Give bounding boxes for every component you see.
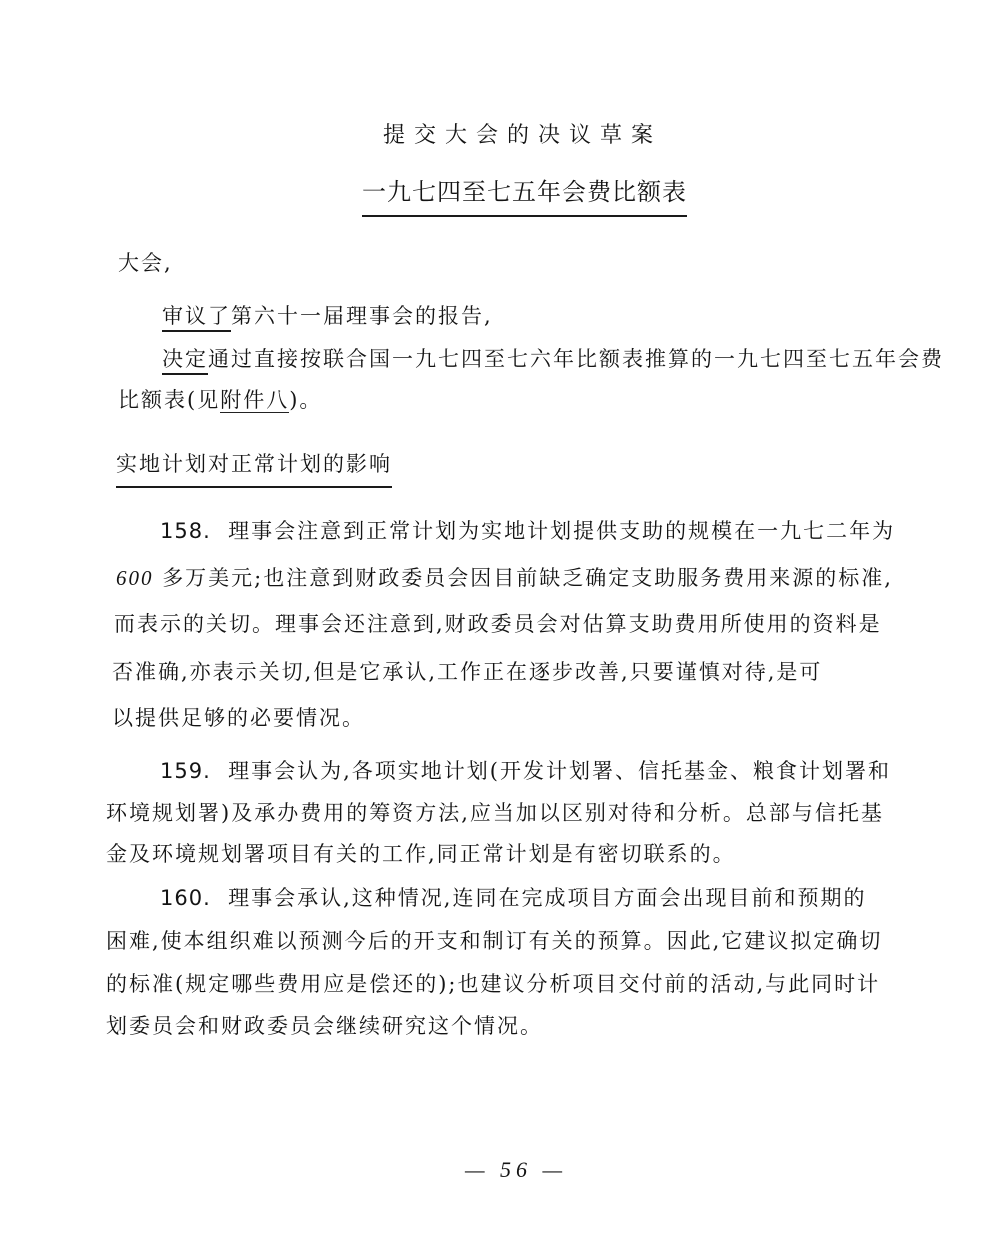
paragraph-158-line-4: 否准确,亦表示关切,但是它承认,工作正在逐步改善,只要谨慎对待,是可 xyxy=(112,656,822,686)
paragraph-158-line-5: 以提供足够的必要情况。 xyxy=(112,702,365,732)
paragraph-text: 多万美元;也注意到财政委员会因目前缺乏确定支助服务费用来源的标准, xyxy=(162,566,893,590)
resolution-line-3: 比额表(见附件八)。 xyxy=(118,384,322,414)
page-number: — 56 — xyxy=(465,1157,567,1183)
resolution-line-1: 审议了第六十一届理事会的报告, xyxy=(162,300,493,330)
paragraph-160-line-4: 划委员会和财政委员会继续研究这个情况。 xyxy=(106,1010,543,1040)
underlined-term: 审议了 xyxy=(162,304,231,332)
salutation: 大会, xyxy=(118,247,173,277)
paragraph-158-line-1: 158. 理事会注意到正常计划为实地计划提供支助的规模在一九七二年为 xyxy=(160,515,895,545)
resolution-text: 比额表(见 xyxy=(118,388,220,412)
paragraph-160-line-3: 的标准(规定哪些费用应是偿还的);也建议分析项目交付前的活动,与此同时计 xyxy=(106,968,880,998)
paragraph-text: 理事会认为,各项实地计划(开发计划署、信托基金、粮食计划署和 xyxy=(228,759,891,783)
resolution-text: 第六十一届理事会的报告, xyxy=(231,304,493,328)
paragraph-159-line-1: 159. 理事会认为,各项实地计划(开发计划署、信托基金、粮食计划署和 xyxy=(160,755,891,785)
resolution-line-2: 决定通过直接按联合国一九七四至七六年比额表推算的一九七四至七五年会费 xyxy=(162,343,944,373)
resolution-text: )。 xyxy=(289,388,322,412)
annex-reference: 附件八 xyxy=(220,388,289,413)
heading: 提交大会的决议草案 xyxy=(383,118,662,149)
section-title: 实地计划对正常计划的影响 xyxy=(116,448,392,488)
paragraph-160-line-1: 160. 理事会承认,这种情况,连同在完成项目方面会出现目前和预期的 xyxy=(160,882,866,912)
paragraph-158-line-3: 而表示的关切。理事会还注意到,财政委员会对估算支助费用所使用的资料是 xyxy=(114,608,882,638)
paragraph-160-line-2: 困难,使本组织难以预测今后的开支和制订有关的预算。因此,它建议拟定确切 xyxy=(106,925,882,955)
paragraph-text: 理事会注意到正常计划为实地计划提供支助的规模在一九七二年为 xyxy=(228,519,895,543)
paragraph-number: 159. xyxy=(160,759,211,783)
paragraph-158-line-2: 600 多万美元;也注意到财政委员会因目前缺乏确定支助服务费用来源的标准, xyxy=(116,562,893,592)
paragraph-159-line-2: 环境规划署)及承办费用的筹资方法,应当加以区别对待和分析。总部与信托基 xyxy=(106,797,884,827)
paragraph-text: 理事会承认,这种情况,连同在完成项目方面会出现目前和预期的 xyxy=(228,886,866,910)
paragraph-number: 158. xyxy=(160,519,211,543)
resolution-text: 通过直接按联合国一九七四至七六年比额表推算的一九七四至七五年会费 xyxy=(208,347,944,371)
subheading: 一九七四至七五年会费比额表 xyxy=(362,172,687,217)
amount: 600 xyxy=(116,566,154,590)
paragraph-number: 160. xyxy=(160,886,211,910)
underlined-term: 决定 xyxy=(162,347,208,375)
paragraph-159-line-3: 金及环境规划署项目有关的工作,同正常计划是有密切联系的。 xyxy=(106,838,736,868)
